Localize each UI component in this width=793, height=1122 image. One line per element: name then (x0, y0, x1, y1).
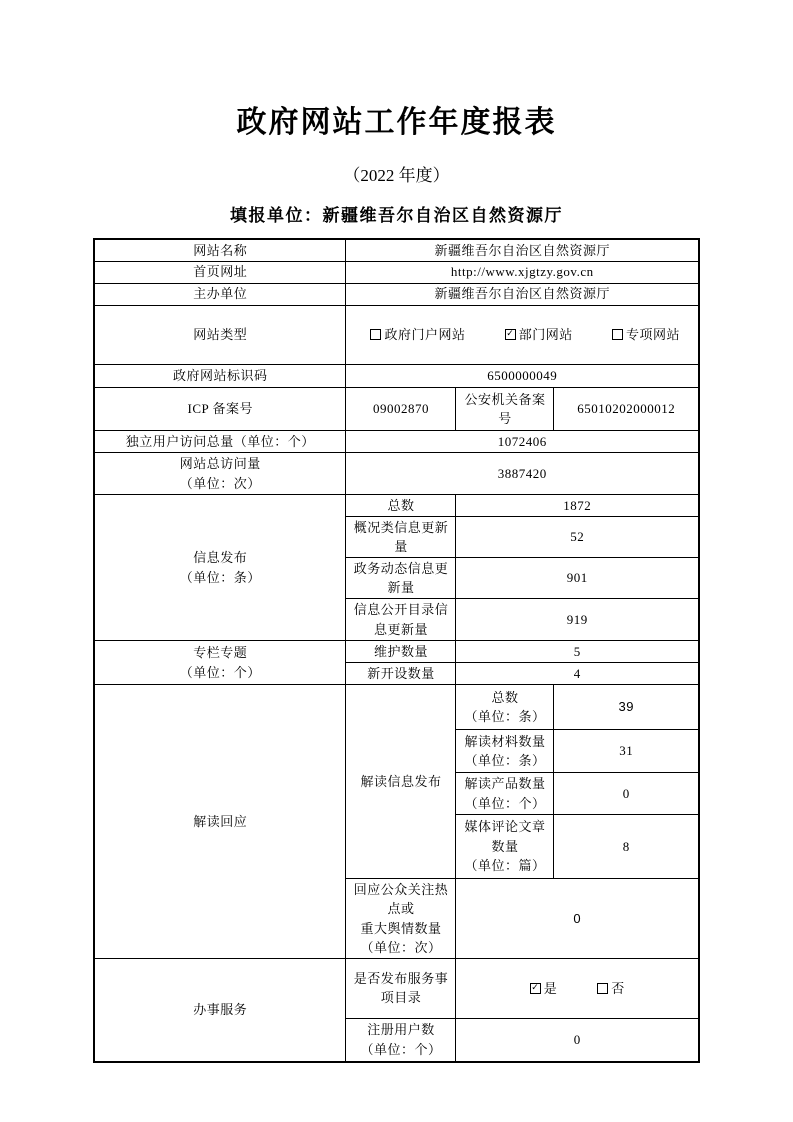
registered-users-label: 注册用户数 （单位：个） (346, 1018, 456, 1062)
service-catalog-options-cell: ✓是否 (456, 959, 699, 1019)
interpretation-materials-label: 解读材料数量 （单位：条） (456, 730, 554, 773)
table-row-info-publish-total: 信息发布 （单位：条） 总数 1872 (94, 495, 699, 517)
table-row-interpretation-total: 解读回应 解读信息发布 总数 （单位：条） 39 (94, 685, 699, 730)
interpretation-section-label: 解读回应 (94, 685, 346, 959)
report-year-subtitle: （2022 年度） (0, 165, 793, 187)
checkbox-option-label: 政府门户网站 (384, 325, 465, 345)
info-publish-total-value: 1872 (456, 495, 699, 517)
report-page: 政府网站工作年度报表 （2022 年度） 填报单位：新疆维吾尔自治区自然资源厅 … (0, 0, 793, 1122)
interpretation-total-value: 39 (554, 685, 699, 730)
interpretation-publish-label: 解读信息发布 (346, 685, 456, 879)
table-row-icp: ICP 备案号 09002870 公安机关备案 号 65010202000012 (94, 388, 699, 431)
services-section-label: 办事服务 (94, 959, 346, 1063)
reporting-unit-line: 填报单位：新疆维吾尔自治区自然资源厅 (0, 204, 793, 227)
checkbox-option: 否 (597, 979, 625, 999)
directory-updates-value: 919 (456, 599, 699, 641)
overview-updates-value: 52 (456, 517, 699, 558)
checkbox-checked-icon: ✓ (530, 983, 541, 994)
site-type-checkbox-group: 政府门户网站✓部门网站专项网站 (348, 325, 696, 345)
columns-maintained-value: 5 (456, 641, 699, 663)
checkbox-empty-icon (370, 329, 381, 340)
info-publish-total-label: 总数 (346, 495, 456, 517)
hotspot-response-label: 回应公众关注热 点或 重大舆情数量 （单位：次） (346, 879, 456, 959)
service-catalog-checkbox-group: ✓是否 (458, 979, 696, 999)
checkbox-empty-icon (612, 329, 623, 340)
police-record-value: 65010202000012 (554, 388, 699, 431)
columns-new-value: 4 (456, 663, 699, 685)
table-row-home-url: 首页网址 http://www.xjgtzy.gov.cn (94, 261, 699, 283)
page-title: 政府网站工作年度报表 (0, 0, 793, 144)
media-articles-value: 8 (554, 815, 699, 879)
sponsor-value: 新疆维吾尔自治区自然资源厅 (346, 283, 699, 305)
directory-updates-label: 信息公开目录信 息更新量 (346, 599, 456, 641)
home-url-label: 首页网址 (94, 261, 346, 283)
checkbox-option-label: 是 (544, 979, 558, 999)
checkbox-option-label: 部门网站 (519, 325, 573, 345)
media-articles-label: 媒体评论文章 数量 （单位：篇） (456, 815, 554, 879)
table-row-unique-visitors: 独立用户访问总量（单位：个） 1072406 (94, 431, 699, 453)
site-name-value: 新疆维吾尔自治区自然资源厅 (346, 239, 699, 261)
checkbox-option-label: 否 (611, 979, 625, 999)
interpretation-materials-value: 31 (554, 730, 699, 773)
checkbox-option: ✓是 (530, 979, 558, 999)
columns-topics-section-label: 专栏专题 （单位：个） (94, 641, 346, 685)
total-visits-label: 网站总访问量 （单位：次） (94, 453, 346, 495)
gov-news-updates-value: 901 (456, 558, 699, 599)
icp-label: ICP 备案号 (94, 388, 346, 431)
site-code-label: 政府网站标识码 (94, 365, 346, 388)
unique-visitors-value: 1072406 (346, 431, 699, 453)
table-row-columns-maintained: 专栏专题 （单位：个） 维护数量 5 (94, 641, 699, 663)
site-type-options-cell: 政府门户网站✓部门网站专项网站 (346, 305, 699, 365)
columns-new-label: 新开设数量 (346, 663, 456, 685)
site-name-label: 网站名称 (94, 239, 346, 261)
checkbox-option: 政府门户网站 (370, 325, 465, 345)
police-record-label: 公安机关备案 号 (456, 388, 554, 431)
interpretation-total-label: 总数 （单位：条） (456, 685, 554, 730)
icp-value: 09002870 (346, 388, 456, 431)
home-url-value: http://www.xjgtzy.gov.cn (346, 261, 699, 283)
table-row-site-name: 网站名称 新疆维吾尔自治区自然资源厅 (94, 239, 699, 261)
interpretation-products-value: 0 (554, 773, 699, 815)
hotspot-response-value: 0 (456, 879, 699, 959)
service-catalog-label: 是否发布服务事 项目录 (346, 959, 456, 1019)
gov-news-updates-label: 政务动态信息更 新量 (346, 558, 456, 599)
site-code-value: 6500000049 (346, 365, 699, 388)
columns-maintained-label: 维护数量 (346, 641, 456, 663)
checkbox-option-label: 专项网站 (626, 325, 680, 345)
checkbox-checked-icon: ✓ (505, 329, 516, 340)
checkbox-option: 专项网站 (612, 325, 680, 345)
sponsor-label: 主办单位 (94, 283, 346, 305)
checkbox-empty-icon (597, 983, 608, 994)
info-publish-section-label: 信息发布 （单位：条） (94, 495, 346, 641)
table-row-sponsor: 主办单位 新疆维吾尔自治区自然资源厅 (94, 283, 699, 305)
table-row-service-catalog: 办事服务 是否发布服务事 项目录 ✓是否 (94, 959, 699, 1019)
unique-visitors-label: 独立用户访问总量（单位：个） (94, 431, 346, 453)
table-row-site-type: 网站类型 政府门户网站✓部门网站专项网站 (94, 305, 699, 365)
table-row-site-code: 政府网站标识码 6500000049 (94, 365, 699, 388)
annual-report-table: 网站名称 新疆维吾尔自治区自然资源厅 首页网址 http://www.xjgtz… (93, 238, 700, 1063)
registered-users-value: 0 (456, 1018, 699, 1062)
checkbox-option: ✓部门网站 (505, 325, 573, 345)
interpretation-products-label: 解读产品数量 （单位：个） (456, 773, 554, 815)
site-type-label: 网站类型 (94, 305, 346, 365)
total-visits-value: 3887420 (346, 453, 699, 495)
table-row-total-visits: 网站总访问量 （单位：次） 3887420 (94, 453, 699, 495)
overview-updates-label: 概况类信息更新 量 (346, 517, 456, 558)
